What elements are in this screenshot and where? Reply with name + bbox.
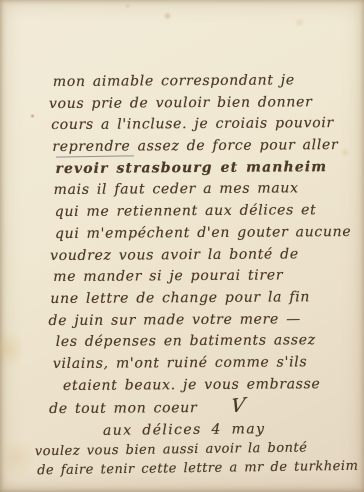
letter-line-9: voudrez vous avoir la bonté de bbox=[50, 243, 350, 267]
closing-text: de tout mon coeur bbox=[49, 400, 197, 417]
foxing-spot bbox=[163, 12, 172, 20]
postscript-line-2: de faire tenir cette lettre a mr de turk… bbox=[37, 457, 358, 480]
letter-line-3: cours a l'incluse. je croiais pouvoir bbox=[51, 113, 349, 137]
letter-line-1: mon aimable correspondant je bbox=[53, 70, 349, 94]
letter-line-2: vous prie de vouloir bien donner bbox=[49, 92, 349, 116]
letter-line-8: qui m'empéchent d'en gouter aucune bbox=[55, 222, 350, 246]
foxing-spot bbox=[30, 114, 35, 118]
letter-line-10: me mander si je pourai tirer bbox=[53, 265, 350, 289]
postscript: voulez vous bien aussi avoir la bonté de… bbox=[35, 439, 359, 481]
closing-line: de tout mon coeurV bbox=[49, 395, 351, 419]
letter-line-12: de juin sur made votre mere — bbox=[48, 309, 350, 333]
paper-stain bbox=[0, 326, 22, 372]
letter-scan: mon aimable correspondant je vous prie d… bbox=[0, 0, 364, 492]
letter-body: mon aimable correspondant je vous prie d… bbox=[49, 70, 351, 419]
dateline: aux délices 4 may bbox=[103, 421, 266, 439]
letter-line-6: mais il faut ceder a mes maux bbox=[54, 178, 350, 202]
letter-line-15: etaient beaux. je vous embrasse bbox=[63, 374, 351, 398]
foxing-spot bbox=[124, 3, 131, 9]
letter-line-11: une lettre de change pour la fin bbox=[50, 287, 350, 311]
letter-line-5: revoir strasbourg et manheim bbox=[55, 157, 349, 181]
foxing-spot bbox=[294, 18, 305, 27]
letter-line-13: les dépenses en batiments assez bbox=[56, 330, 351, 354]
letter-line-14: vilains, m'ont ruiné comme s'ils bbox=[53, 352, 351, 376]
signature-flourish: V bbox=[230, 395, 247, 418]
paper-stain bbox=[0, 436, 34, 480]
letter-line-7: qui me retiennent aux délices et bbox=[55, 200, 350, 224]
